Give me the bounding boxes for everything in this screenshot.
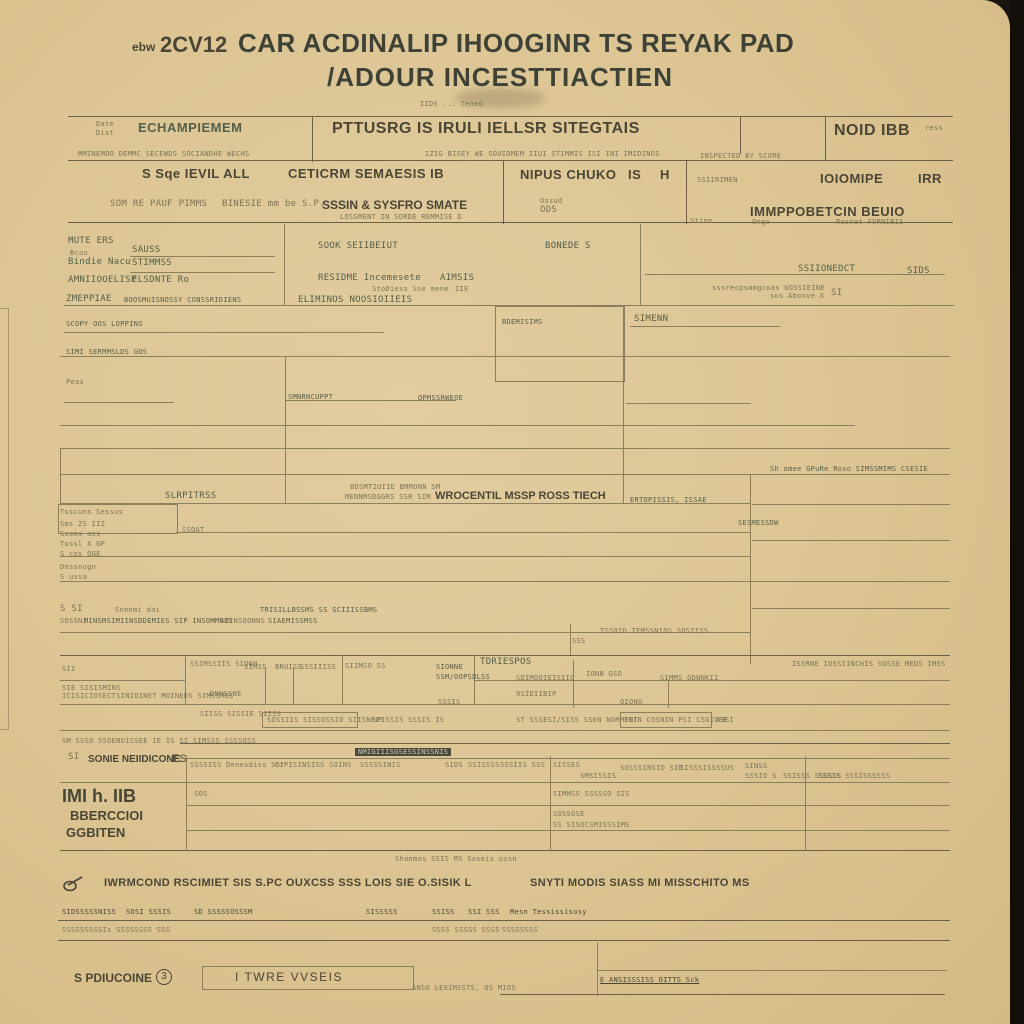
inspection-row-c: SOSSOSE — [553, 810, 585, 818]
inspection-col: CIPISINSISS SOINS — [275, 761, 352, 769]
middle-strip-item: TRISILLBSSMS SS SCIIISSBMS — [260, 606, 377, 614]
cert-row1-item: SD SSSSSOSSSM — [194, 908, 253, 916]
body-right-label-r1: Sh omee GPuRe Roso SIMSSMIMS CSESIE — [770, 465, 928, 473]
inspection-note: SOSSSINSIO SID — [620, 764, 683, 772]
vehicle-center-row-a[interactable]: RESIDME Incemesete — [318, 273, 421, 283]
inspection-col: SIDS — [445, 761, 463, 769]
inspection-col: SSSIIS SSS — [500, 761, 545, 769]
table-mid-cell: TDRIESPOS — [480, 657, 531, 667]
inspection-note: SMSISSIS — [580, 772, 616, 780]
table-cell: BRUISS — [275, 663, 302, 671]
inspection-form-page: ebw 2CV12 CAR ACDINALIP IHOOGINR TS REYA… — [0, 0, 1010, 1024]
inspection-row-a: SOS — [194, 790, 208, 798]
form-code-prefix: ebw — [132, 40, 155, 54]
owner-name-field[interactable]: SOM RE PAUF PIMMS — [110, 199, 207, 209]
form-number: NOID IBB — [834, 122, 910, 140]
middle-strip-code: S SI — [60, 604, 83, 614]
cert-row1-item: SISSSSS — [366, 908, 398, 916]
vehicle-row2-value[interactable]: STIMMSS — [132, 258, 172, 268]
vehicle-center-foot: ELIMINOS NOOSIOIIEIS — [298, 295, 412, 305]
cert-row1-item: Mesn Tessissisosy — [510, 908, 587, 916]
inspection-left-heading: SONIE NEIIDICONE — [88, 754, 180, 765]
vehicle-row2-label: Bindie Nacu — [68, 257, 131, 267]
body-label-r3: Peas — [66, 378, 84, 386]
cert-row1-item: SIDSSSSSNISS — [62, 908, 116, 916]
date-field[interactable]: E ANSISSSISS OITTS Sck — [600, 976, 699, 984]
vehicle-sub-b: ODS — [540, 205, 557, 215]
form-subtitle: IIDS ... Tened — [420, 100, 483, 108]
form-title-line2: /ADOUR INCESTTIACTIEN — [327, 62, 673, 93]
result-foot-c: Rosnet FORNIBIS — [836, 218, 904, 226]
body-label-c2: SIMENN — [634, 314, 668, 324]
cert-row1-item: SOSI SSSIS — [126, 908, 171, 916]
table-bar-e: TOIN COSNIN PSI CSGIOSE — [624, 716, 728, 724]
result-foot-a: Stine — [690, 217, 713, 225]
lower-left-row: Sms 2S IIZ — [60, 520, 105, 528]
lower-left-row: Ssoms aes — [60, 530, 101, 538]
vehicle-center-row-c: StoDiess Sse mene — [372, 285, 449, 293]
vehicle-row3-label: AMNIIOOELISP — [68, 275, 137, 285]
vehicle-code-a: IS — [628, 167, 641, 182]
business-field[interactable]: BINESIE mm be S.P. — [222, 199, 325, 209]
cert-row1-item: SSI SSS — [468, 908, 500, 916]
dist-label: Dist — [96, 129, 114, 137]
middle-strip-sub: SMINSOONNS — [220, 617, 265, 625]
state-caption: LOSSMENT IN SORDE REMMISE D — [340, 213, 462, 221]
owner-section-heading: S Sqe IEVIL ALL — [142, 166, 250, 181]
inspection-col: SSISSSS — [468, 761, 500, 769]
middle-strip-item: Snenmi dai — [115, 606, 160, 614]
cert-row2-item: SSSS SSSSS SSSS — [432, 926, 500, 934]
vehicle-code-b: H — [660, 167, 670, 182]
header-left-heading: ECHAMPIEMEM — [138, 120, 242, 135]
date-label: Date — [96, 120, 114, 128]
vehicle-row1-value[interactable]: SAUSS — [132, 245, 161, 255]
header-left-caption: MMINEMOO DEMMC SECEWDS SOCIANDHE WECHS — [78, 150, 250, 158]
inspection-result-heading: IMMPPOBETCIN BEUIO — [750, 204, 905, 219]
table-cell: SIIMSO SS — [345, 662, 386, 670]
inspection-stamp: NMIGIIISGSESSINSSNIS — [355, 748, 451, 756]
signature-number-circle: 3 — [156, 969, 172, 985]
body-mid-label-m2: OPMSSRWEOE — [418, 394, 463, 402]
signature-input[interactable]: I TWRE VVSEIS — [202, 966, 414, 990]
lower-left-row: Tossl X GP — [60, 540, 105, 548]
vehicle-right-caption: sssrecpsmmgcoas GOSSIEINE — [712, 284, 825, 292]
mileage-label: SSIIRIMEN — [697, 176, 738, 184]
inspection-row-d: SS SISOCSMISSSIMS — [553, 821, 630, 829]
middle-strip-sub: MINSMSIMIINSDDEMIES SIP INSOMMNIS — [84, 617, 233, 625]
inspection-right-heading: SSSIS SSSISSSSSS — [818, 772, 890, 780]
lower-left-row: S ussa — [60, 573, 87, 581]
table-mid-cell: OIONO — [620, 698, 643, 706]
vehicle-row4-value[interactable]: BOOSMUISNOSSY CONSSRIDIENS — [124, 296, 241, 304]
vehicle-row1-label: Bcoo — [70, 249, 88, 257]
result-foot-b: Ongo — [752, 218, 770, 226]
table-left-line-b: ICISICIOSECTSINIOINET MOINEDS SIMSSMOS — [62, 692, 234, 700]
body-label-r1: SCOPY OOS LOPPINS — [66, 320, 143, 328]
table-left-line-a: SIE SISISMINS — [62, 684, 121, 692]
vehicle-row3-value[interactable]: ELSDNTE Ro — [132, 275, 189, 285]
inspection-note: SSSIO S — [745, 772, 777, 780]
table-cell: SIMSS — [244, 663, 267, 671]
inspected-by-caption: INSPECTED BY SCORE — [700, 152, 781, 160]
body-label-r2: SIMI SERMMSLDS GOS — [66, 348, 147, 356]
inspection-note: SISSSISSSSUS — [680, 764, 734, 772]
state-field[interactable]: SSSIN & SYSFRO SMATE — [322, 198, 467, 212]
table-cell: DNNSSNE — [210, 690, 242, 698]
table-right-heading: ISSRNE IOSSIINCHIS SOSSE MEDS IMSS — [792, 660, 946, 668]
table-cell: SSSIIISS — [300, 663, 336, 671]
header-center-heading: PTTUSRG IS IRULI IELLSR SITEGTAIS — [332, 120, 640, 138]
inspection-col: SSSSISS Denesdiss Sor — [190, 761, 285, 769]
vehicle-row4-label: ZMEPPIAE — [66, 294, 112, 304]
vehicle-sub-a: Ossud — [540, 197, 563, 205]
inspection-title-b: GGBITEN — [66, 825, 125, 840]
pen-check-icon — [62, 875, 84, 893]
vehicle-center-row-d: IIE — [455, 285, 469, 293]
mileage-value: IOIOMIPE — [820, 171, 883, 186]
inspection-note: SISSES — [553, 761, 580, 769]
table-bar-f: A9SI — [716, 716, 734, 724]
table-mid-cell: IONN GSO — [586, 670, 622, 678]
inspection-left-code: ES — [172, 753, 187, 765]
middle-strip-sub: SIAEMISSMSS — [268, 617, 318, 625]
center-bar-a: BDSMT2UIIE BMMONN SM — [350, 483, 440, 491]
inspection-col: SSSSSINIS — [360, 761, 401, 769]
table-left-code: SII — [62, 665, 76, 673]
table-mid-cell: SSSIS — [438, 698, 461, 706]
form-number-superscript: ress — [925, 124, 943, 132]
vehicle-center-code: BONEDE S — [545, 241, 591, 251]
certification-statement-right: SNYTI MODIS SIASS MI MISSCHITO MS — [530, 877, 750, 889]
form-code: 2CV12 — [160, 32, 227, 58]
table-mid-cell: SDIMOOIEISIIO — [516, 674, 575, 682]
table-bar-c: SPISSIS SSSIS IS — [372, 716, 444, 724]
page-edge-shadow — [1010, 0, 1024, 1024]
vehicle-center-row-b[interactable]: AIMSIS — [440, 273, 474, 283]
vehicle-right-code: SI — [831, 288, 842, 298]
middle-strip-right: TSSOID TEMSSNIOS SOSIISS — [600, 627, 708, 635]
mileage-code: IRR — [918, 171, 942, 186]
lower-left-row: Dnssnogn — [60, 563, 96, 571]
body-label-c3: SLRPITRSS — [165, 491, 216, 501]
header-center-caption: IZIG BISEY WE SOUIDMEM IIUI STIMMIS ISI … — [425, 150, 660, 158]
inspection-footer-note: Shanmos SSIS MS Soseis ossn — [395, 855, 517, 863]
center-bar-heading: WROCENTIL MSSP ROSS TIECH — [435, 490, 606, 502]
vehicle-right-field-b[interactable]: SIDS — [907, 266, 930, 276]
cert-row2-item: SSSSSSSSSIs SSSSSSSS SSS — [62, 926, 170, 934]
signature-caption: ANSO LEXIMSSTS, OS MIOS — [412, 984, 516, 992]
vehicle-center-heading: SOOK SEIIBEIUT — [318, 241, 398, 251]
body-label-c1: BDEMISIMS — [502, 318, 543, 326]
inspection-icon-code: SI — [68, 752, 79, 762]
form-title-line1: CAR ACDINALIP IHOOGINR TS REYAK PAD — [238, 28, 794, 59]
middle-strip-right-sub: SSS — [572, 637, 586, 645]
vehicle-right-field-a[interactable]: SSIIONEDCT — [798, 264, 855, 274]
lower-left-row: Tsscuns Sessus — [60, 508, 123, 516]
signature-value: I TWRE VVSEIS — [235, 970, 343, 984]
inspection-note: SINSS — [745, 762, 768, 770]
vehicle-id-heading: NIPUS CHUKO — [520, 167, 617, 182]
body-right-label-r3: SESMESSDW — [738, 519, 779, 527]
center-bar-label: ERTOPISSIS, ISSAE — [630, 496, 707, 504]
certification-statement: IWRMCOND RSCIMIET SIS S.PC OUXCSS SSS LO… — [104, 877, 472, 889]
table-mid-cell: SIONNE — [436, 663, 463, 671]
table-mid-cell: 9SIDIIBIP — [516, 690, 557, 698]
table-mid-cell: SIMMS GDNNKII — [660, 674, 719, 682]
table-mid-cell: SSM/OOPSDLSS — [436, 673, 490, 681]
inspection-big-code: IMI h. IIB — [62, 786, 136, 807]
inspection-title-a: BBERCCIOI — [70, 808, 143, 823]
signature-label: S PDIUCOINE — [74, 971, 152, 985]
report-section-heading: CETICRM SEMAESIS IB — [288, 166, 444, 181]
vehicle-left-label: MUTE ERS — [68, 236, 114, 246]
vehicle-right-caption-b: sos Abonve X — [770, 292, 824, 300]
cert-row1-item: SSISS — [432, 908, 455, 916]
center-bar-b: MENNMSDGGRS SSR SIM — [345, 493, 431, 501]
cert-row2-item: SSSSSSSS — [502, 926, 538, 934]
inspection-row-b: SIMMSS SSSSSO SIS — [553, 790, 630, 798]
table-bar-b: SOSSIIS SISSOSSIO SIISNEOS — [267, 716, 384, 724]
